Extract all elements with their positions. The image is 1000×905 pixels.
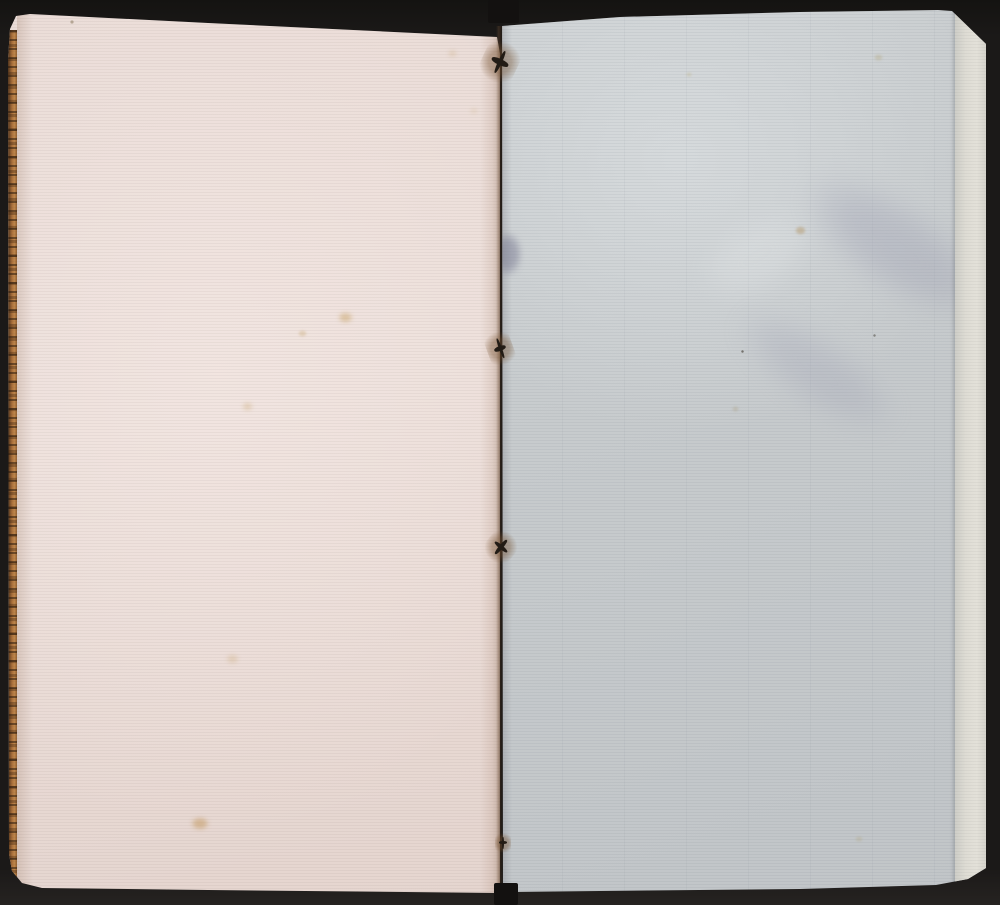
book-fore-edge <box>8 30 17 888</box>
paper-highlight <box>685 194 829 319</box>
foxing-spot <box>298 330 307 337</box>
photo-background <box>0 0 1000 905</box>
left-page-stain-layer <box>8 12 500 896</box>
under-page-edge <box>955 8 986 894</box>
foxing-spot <box>242 402 253 411</box>
binding-stitch <box>490 536 511 557</box>
left-page-edge-shadow <box>17 12 33 896</box>
right-page-stain-layer <box>500 8 986 894</box>
foxing-spot <box>686 72 692 77</box>
foxing-spot <box>448 50 457 57</box>
foxing-spot <box>855 836 863 842</box>
paper-texture <box>8 12 500 896</box>
gutter-gap-top <box>488 0 519 23</box>
gutter-gap-bottom <box>494 883 518 905</box>
paper-texture <box>500 8 986 894</box>
foxing-spot <box>226 654 239 664</box>
damp-stain-band <box>723 291 912 451</box>
binding-stitch <box>488 49 512 76</box>
foxing-spot <box>338 312 353 323</box>
fleck-stain <box>741 350 744 353</box>
fleck-stain <box>70 20 74 24</box>
binding-stitch <box>500 838 507 849</box>
fleck-stain <box>873 334 876 337</box>
foxing-spot <box>191 817 209 830</box>
foxing-spot <box>874 54 883 61</box>
book-right-page <box>500 8 986 894</box>
paper-chain-lines <box>500 8 986 894</box>
book-left-page <box>8 12 500 896</box>
foxing-spot <box>795 226 806 235</box>
stitch-thread <box>499 841 507 844</box>
foxing-spot <box>732 406 739 412</box>
foxing-spot <box>470 108 478 114</box>
binding-gutter-line <box>496 26 503 892</box>
binding-stitch <box>491 337 509 359</box>
